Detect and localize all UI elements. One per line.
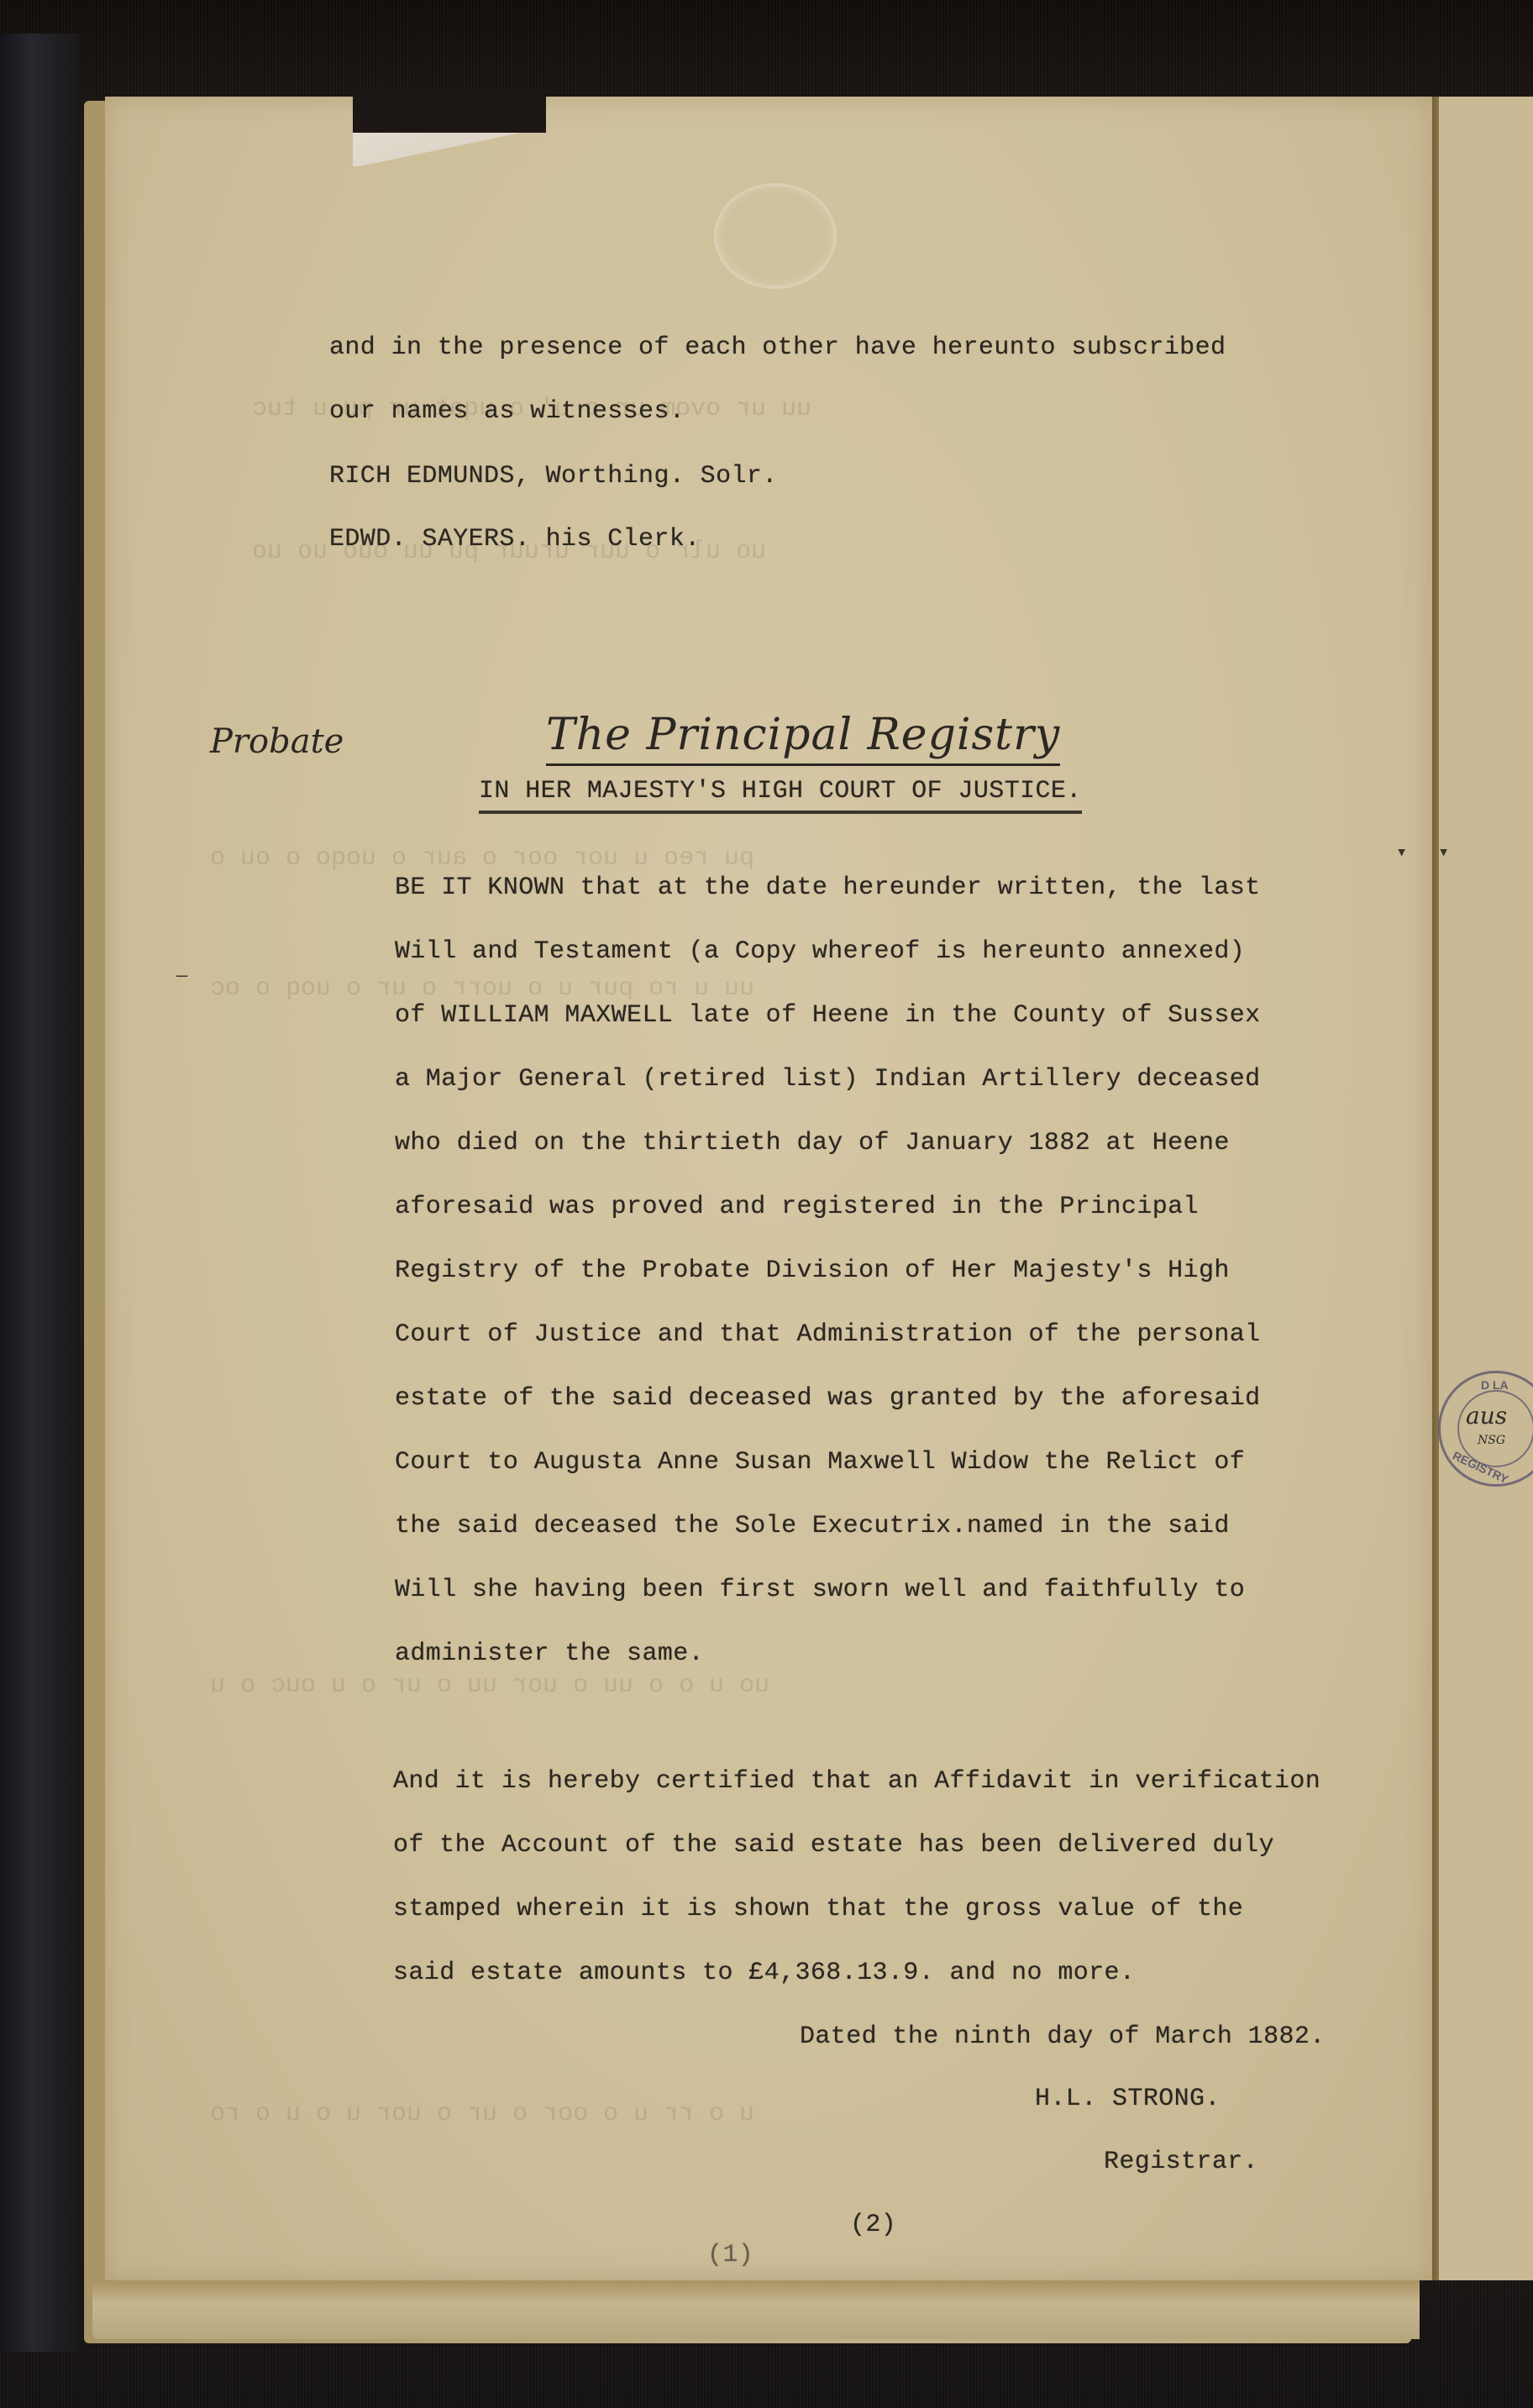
grant-line-1: BE IT KNOWN that at the date hereunder w…: [395, 873, 1261, 902]
page-tab-notch: [353, 91, 546, 133]
stamp-sub-initials: NSG: [1478, 1434, 1505, 1447]
grant-line-10: Court to Augusta Anne Susan Maxwell Wido…: [395, 1448, 1245, 1477]
signatory-title: Registrar.: [1104, 2148, 1258, 2176]
faint-page-number: (1): [707, 2241, 753, 2269]
grant-line-8: Court of Justice and that Administration…: [395, 1320, 1261, 1349]
registry-title: The Principal Registry: [546, 710, 1060, 766]
grant-line-12: Will she having been first sworn well an…: [395, 1576, 1245, 1604]
page-number: (2): [850, 2211, 896, 2239]
grant-line-5: who died on the thirtieth day of January…: [395, 1129, 1230, 1157]
page-stack-bottom-edge: [92, 2280, 1420, 2339]
date-line: Dated the ninth day of March 1882.: [800, 2022, 1326, 2051]
witness-line-1: and in the presence of each other have h…: [329, 333, 1226, 362]
affidavit-line-2: of the Account of the said estate has be…: [393, 1831, 1274, 1860]
grant-line-9: estate of the said deceased was granted …: [395, 1384, 1261, 1413]
signatory-name: H.L. STRONG.: [1035, 2085, 1221, 2113]
bleed-through-text: uo u o o uu o uor uu o ur o u ouc o u: [210, 1671, 769, 1700]
bleed-through-text: uu u ro pur u o uorr o ur o uoq o oc: [210, 974, 754, 1003]
grant-line-11: the said deceased the Sole Executrix.nam…: [395, 1512, 1230, 1540]
grant-line-13: administer the same.: [395, 1639, 704, 1668]
margin-tick-mark: ▾: [1396, 842, 1407, 863]
witness-line-3: RICH EDMUNDS, Worthing. Solr.: [329, 462, 778, 491]
stamp-initials: aus: [1466, 1402, 1507, 1430]
grant-line-6: aforesaid was proved and registered in t…: [395, 1193, 1199, 1221]
witness-line-4: EDWD. SAYERS. his Clerk.: [329, 525, 701, 553]
binding-spine-edge: [0, 34, 80, 2352]
margin-tick-mark: ▾: [1438, 842, 1449, 863]
embossed-seal-icon: [714, 183, 837, 289]
bleed-through-text: u o rr u o oor o ur o uor u o u o ro: [210, 2100, 754, 2128]
grant-line-3: of WILLIAM MAXWELL late of Heene in the …: [395, 1001, 1261, 1030]
grant-line-7: Registry of the Probate Division of Her …: [395, 1256, 1230, 1285]
witness-line-2: our names as witnesses.: [329, 397, 685, 426]
stamp-ring-text-top: D LA: [1481, 1378, 1509, 1392]
affidavit-line-1: And it is hereby certified that an Affid…: [393, 1767, 1320, 1796]
affidavit-line-4: said estate amounts to £4,368.13.9. and …: [393, 1959, 1135, 1987]
bleed-through-text: pu reo u uor oor o aur o uoqo o ou o: [210, 844, 754, 873]
grant-line-4: a Major General (retired list) Indian Ar…: [395, 1065, 1261, 1094]
court-heading: IN HER MAJESTY'S HIGH COURT OF JUSTICE.: [479, 777, 1082, 814]
grant-line-2: Will and Testament (a Copy whereof is he…: [395, 937, 1245, 966]
document-page: [105, 97, 1432, 2280]
margin-note-probate: Probate: [210, 722, 344, 761]
affidavit-line-3: stamped wherein it is shown that the gro…: [393, 1895, 1243, 1923]
facing-page-edge: [1438, 97, 1533, 2280]
margin-dash-mark: —: [176, 966, 187, 987]
